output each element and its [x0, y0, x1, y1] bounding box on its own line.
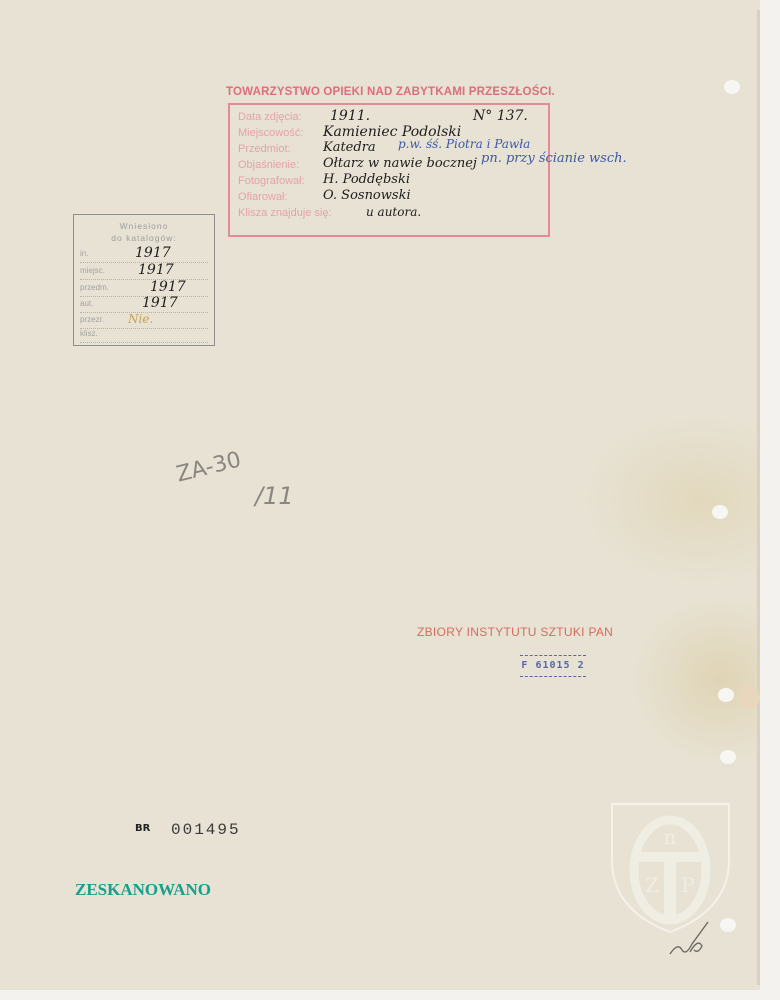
negative-number-stamp: F 61015 2 — [520, 655, 586, 677]
catalog-row: przezr.Nie. — [80, 315, 208, 329]
field-value: 1911. — [330, 108, 370, 124]
field-value: H. Poddębski — [323, 172, 410, 187]
field-value: Katedra — [323, 140, 376, 155]
field-label: Ofiarował: — [238, 191, 288, 203]
field-label: Objaśnienie: — [238, 159, 299, 171]
field-photographer: Fotografował: H. Poddębski — [238, 175, 305, 191]
scanned-mark: ZESKANOWANO — [75, 880, 211, 900]
page-edge — [757, 10, 760, 985]
field-label: Klisza znajduje się: — [238, 207, 332, 219]
row-label: miejsc. — [80, 266, 105, 275]
field-description: Objaśnienie: Ołtarz w nawie bocznej pn. … — [238, 159, 299, 175]
catalog-stamp: Wniesiono do katalogów: in.1917 miejsc.1… — [73, 214, 215, 346]
catalog-subtitle: do katalogów: — [74, 233, 214, 243]
field-donor: Ofiarował: O. Sosnowski — [238, 191, 288, 207]
catalog-row: aut.1917 — [80, 299, 208, 313]
row-value: 1917 — [138, 262, 174, 278]
serial-number: 001495 — [171, 821, 241, 839]
stamp-title: TOWARZYSTWO OPIEKI NAD ZABYTKAMI PRZESZŁ… — [226, 86, 566, 98]
institution-stamp: TOWARZYSTWO OPIEKI NAD ZABYTKAMI PRZESZŁ… — [226, 86, 566, 237]
row-value: Nie. — [128, 312, 153, 326]
punch-hole — [712, 505, 728, 519]
pencil-sheet-number: /11 — [255, 482, 294, 510]
punch-hole — [724, 80, 740, 94]
punch-hole — [720, 750, 736, 764]
field-label: Przedmiot: — [238, 143, 291, 155]
watermark-logo-icon: n Z P — [608, 800, 733, 940]
paper-tear — [738, 686, 760, 708]
svg-text:P: P — [681, 873, 694, 897]
field-value: u autora. — [366, 205, 421, 219]
catalog-row: miejsc.1917 — [80, 266, 208, 280]
row-label: klisz. — [80, 329, 98, 338]
catalog-row: klisz. — [80, 329, 208, 343]
field-label: Miejscowość: — [238, 127, 303, 139]
row-value: 1917 — [142, 295, 178, 311]
svg-text:Z: Z — [645, 873, 659, 897]
collection-stamp: ZBIORY INSTYTUTU SZTUKI PAN — [417, 625, 613, 639]
blue-annotation: pn. przy ścianie wsch. — [481, 151, 627, 166]
pencil-initials-icon — [668, 920, 718, 965]
stamp-box: Data zdjęcia: 1911. N° 137. Miejscowość:… — [228, 103, 550, 237]
blue-annotation: p.w. śś. Piotra i Pawła — [398, 137, 530, 151]
photo-number: N° 137. — [473, 108, 528, 124]
punch-hole — [718, 688, 734, 702]
field-negative-location: Klisza znajduje się: u autora. — [238, 207, 332, 223]
field-object: Przedmiot: Katedra p.w. śś. Piotra i Paw… — [238, 143, 291, 159]
field-value: Ołtarz w nawie bocznej — [323, 156, 477, 171]
row-label: przezr. — [80, 315, 104, 324]
logo-letter: n — [664, 825, 677, 849]
catalog-title: Wniesiono — [74, 221, 214, 231]
field-label: Fotografował: — [238, 175, 305, 187]
row-value: 1917 — [135, 245, 171, 261]
field-label: Data zdjęcia: — [238, 111, 302, 123]
row-value: 1917 — [150, 279, 186, 295]
row-label: aut. — [80, 299, 93, 308]
catalog-row: in.1917 — [80, 249, 208, 263]
row-label: in. — [80, 249, 88, 258]
field-value: O. Sosnowski — [323, 188, 411, 203]
br-label: BR — [135, 823, 150, 834]
field-date: Data zdjęcia: 1911. N° 137. — [238, 111, 302, 127]
field-place: Miejscowość: Kamieniec Podolski — [238, 127, 303, 143]
row-label: przedm. — [80, 283, 109, 292]
